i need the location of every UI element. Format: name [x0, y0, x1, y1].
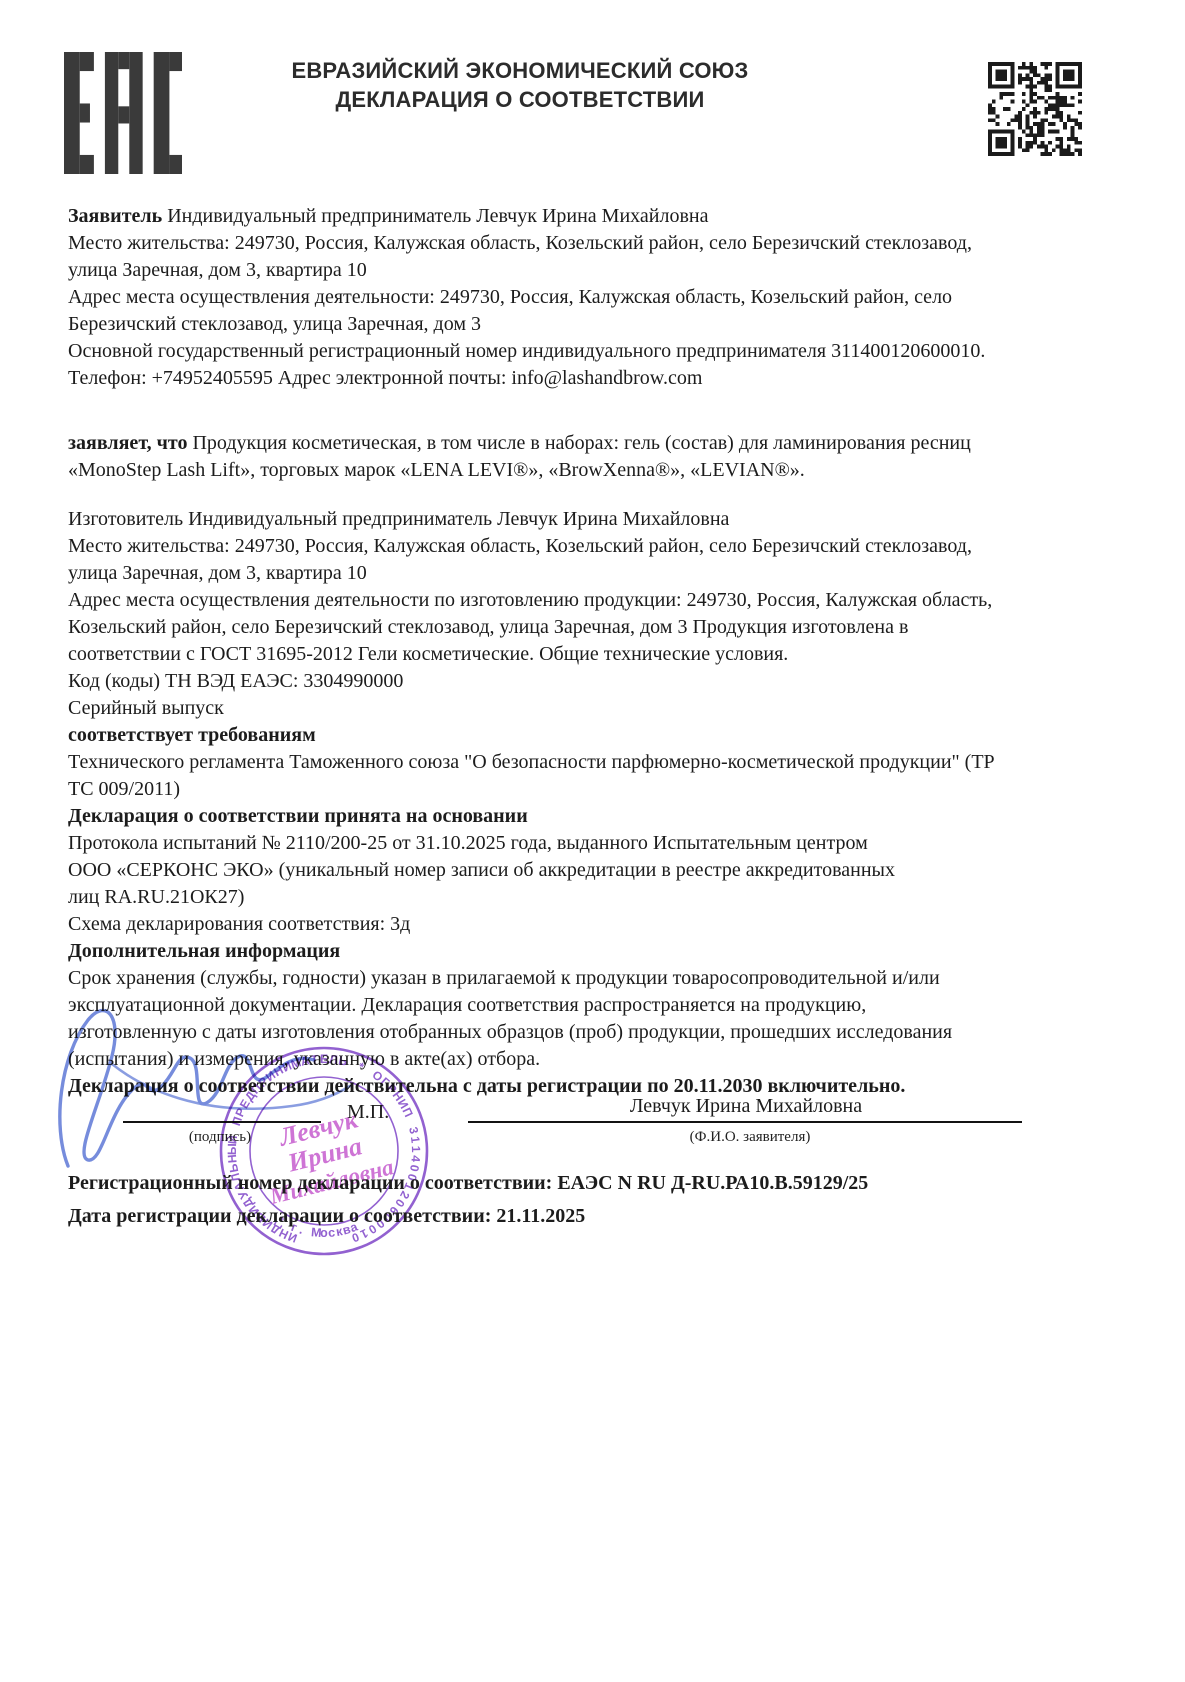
svg-text:Т: Т [310, 1052, 319, 1067]
applicant-name: Индивидуальный предприниматель Левчук Ир… [167, 205, 708, 227]
fio-line [468, 1121, 1022, 1123]
svg-text:4: 4 [408, 1155, 423, 1163]
applicant-ogrnip: Основной государственный регистрационный… [68, 338, 1016, 365]
document-title: ЕВРАЗИЙСКИЙ ЭКОНОМИЧЕСКИЙ СОЮЗ ДЕКЛАРАЦИ… [240, 56, 800, 114]
compliance-label: соответствует требованиям [68, 722, 1016, 749]
applicant-fio: Левчук Ирина Михайловна [470, 1094, 1022, 1118]
title-line-1: ЕВРАЗИЙСКИЙ ЭКОНОМИЧЕСКИЙ СОЮЗ [240, 56, 800, 85]
manufacturer-production-address: Адрес места осуществления деятельности п… [68, 587, 1004, 668]
manufacturer-residence: Место жительства: 249730, Россия, Калужс… [68, 533, 1004, 587]
additional-label: Дополнительная информация [68, 938, 1016, 965]
declaration-document: ЕВРАЗИЙСКИЙ ЭКОНОМИЧЕСКИЙ СОЮЗ ДЕКЛАРАЦИ… [0, 0, 1185, 1682]
basis-scheme: Схема декларирования соответствия: 3д [68, 911, 1016, 938]
svg-text:Й: Й [224, 1134, 240, 1144]
applicant-section: Заявитель Индивидуальный предприниматель… [68, 203, 1016, 392]
compliance-section: соответствует требованиям Технического р… [68, 722, 1016, 803]
basis-protocol: Протокола испытаний № 2110/200-25 от 31.… [68, 830, 913, 911]
fio-caption: (Ф.И.О. заявителя) [595, 1128, 905, 1146]
applicant-line: Заявитель Индивидуальный предприниматель… [68, 203, 1016, 230]
compliance-text: Технического регламента Таможенного союз… [68, 749, 1008, 803]
applicant-residence: Место жительства: 249730, Россия, Калужс… [68, 230, 1004, 284]
applicant-activity-address: Адрес места осуществления деятельности: … [68, 284, 1004, 338]
manufacturer-section: Изготовитель Индивидуальный предпринимат… [68, 506, 1016, 668]
registration-date: Дата регистрации декларации о соответств… [68, 1203, 1016, 1230]
svg-text:*: * [356, 1059, 366, 1074]
basis-label: Декларация о соответствии принята на осн… [68, 803, 1016, 830]
title-line-2: ДЕКЛАРАЦИЯ О СООТВЕТСТВИИ [240, 85, 800, 114]
round-stamp: ИНДИВИДУАЛЬНЫЙ ПРЕДПРИНИМАТЕЛЬ * ОГРНИП … [209, 1036, 439, 1266]
basis-section: Декларация о соответствии принята на осн… [68, 803, 1016, 938]
registration-number: Регистрационный номер декларации о соотв… [68, 1170, 1016, 1197]
svg-text:1: 1 [408, 1136, 423, 1145]
svg-text:3: 3 [406, 1126, 421, 1136]
declares-section: заявляет, что Продукция косметическая, в… [68, 430, 1008, 484]
serial-release: Серийный выпуск [68, 695, 1016, 722]
svg-text:1: 1 [409, 1146, 423, 1153]
svg-text:А: А [299, 1053, 311, 1069]
declares-label: заявляет, что [68, 432, 187, 454]
applicant-contacts: Телефон: +74952405595 Адрес электронной … [68, 365, 1016, 392]
applicant-label: Заявитель [68, 205, 162, 227]
manufacturer-name: Изготовитель Индивидуальный предпринимат… [68, 506, 1016, 533]
qr-code-icon [988, 62, 1082, 156]
svg-text:Ь: Ь [337, 1053, 349, 1069]
eac-logo-icon [64, 52, 182, 174]
svg-text:Е: Е [320, 1052, 328, 1066]
declares-product: Продукция косметическая, в том числе в н… [68, 432, 971, 481]
tn-ved-code: Код (коды) ТН ВЭД ЕАЭС: 3304990000 [68, 668, 1016, 695]
